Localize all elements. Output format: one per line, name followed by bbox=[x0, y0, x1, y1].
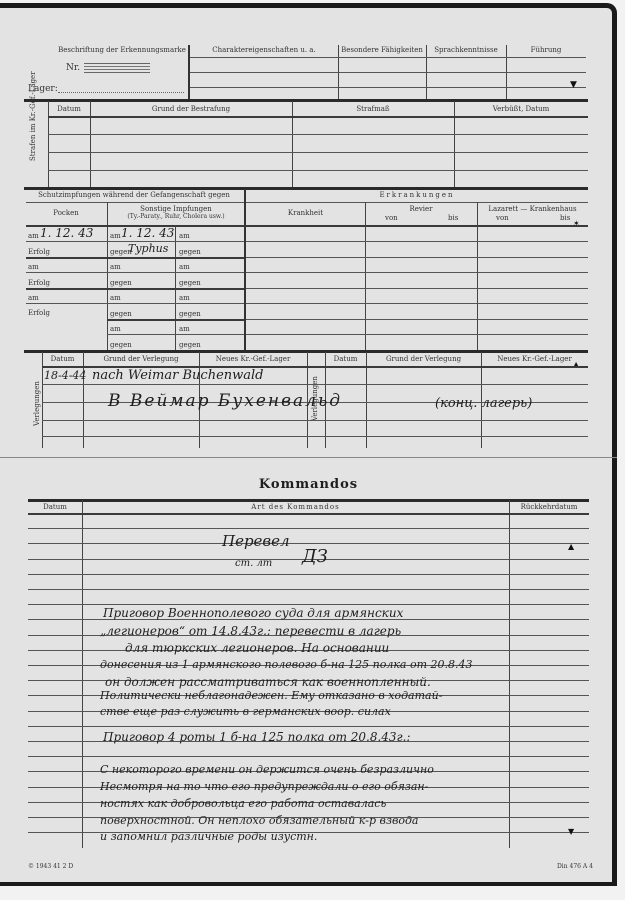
impf-row-4-c: am bbox=[179, 294, 190, 302]
divider bbox=[477, 202, 478, 351]
verl-entry-ru-note: (конц. лагерь) bbox=[435, 396, 532, 411]
rule bbox=[190, 72, 586, 73]
col-sprachen: Sprachkenntnisse bbox=[426, 46, 506, 54]
verlegungen-side-label: Verlegungen bbox=[33, 381, 41, 426]
verl-entry-date: 18-4-44 bbox=[44, 369, 86, 382]
rule bbox=[26, 272, 244, 273]
lazarett-von: von bbox=[496, 214, 509, 222]
impf-row-1-c: gegen bbox=[179, 248, 201, 256]
lager-field bbox=[58, 92, 184, 93]
impf-row-5-a: Erfolg bbox=[28, 309, 50, 317]
col-faehigkeiten: Besondere Fähigkeiten bbox=[338, 46, 426, 54]
rule bbox=[246, 303, 588, 304]
impf-row-1-a: Erfolg bbox=[28, 248, 50, 256]
hole-punch-mark: ▼ bbox=[568, 827, 574, 836]
col-fuehrung: Führung bbox=[506, 46, 586, 54]
kommandos-title: Kommandos bbox=[0, 477, 617, 492]
rule bbox=[48, 134, 588, 135]
rule bbox=[246, 334, 588, 335]
komm-line: С некоторого времени он держится очень б… bbox=[100, 763, 434, 776]
impf-row-2-c: am bbox=[179, 263, 190, 271]
col-sonstige-sub: (Ty.-Paraty., Ruhr, Cholera usw.) bbox=[108, 213, 244, 220]
komm-line: „легионеров“ от 14.8.43г.: перевести в л… bbox=[100, 624, 401, 638]
divider bbox=[292, 101, 293, 188]
komm-col-art: Art des Kommandos bbox=[82, 503, 509, 511]
komm-line: для тюркских легионеров. На основании bbox=[125, 641, 389, 655]
verl-col-lager: Neues Kr.-Gef.-Lager bbox=[199, 355, 307, 363]
page-fold bbox=[0, 457, 617, 458]
divider bbox=[90, 101, 91, 188]
rule bbox=[42, 384, 588, 385]
strafen-col-grund: Grund der Bestrafung bbox=[90, 105, 292, 113]
rule bbox=[107, 334, 244, 335]
pow-record-card: Beschriftung der Erkennungsmarke Nr. Lag… bbox=[0, 3, 617, 886]
rule bbox=[48, 170, 588, 171]
rule bbox=[26, 303, 244, 304]
komm-line: и запомнил различные роды изустн. bbox=[100, 830, 317, 843]
komm-line: Несмотря на то что его предупреждали о е… bbox=[100, 780, 428, 793]
tag-label: Beschriftung der Erkennungsmarke bbox=[52, 46, 192, 54]
impf-row-3-b: gegen bbox=[110, 279, 132, 287]
impf-row-2-a: am bbox=[28, 263, 39, 271]
divider bbox=[82, 500, 83, 848]
komm-line: донесения из 1 армянского полевого б-на … bbox=[100, 658, 473, 671]
impf-row-7-c: gegen bbox=[179, 341, 201, 349]
verl-entry-de: nach Weimar Buchenwald bbox=[92, 368, 264, 383]
rule bbox=[42, 420, 588, 421]
rule bbox=[28, 499, 589, 502]
impf-row-6-b: am bbox=[110, 325, 121, 333]
impf-row-7-b: gegen bbox=[110, 341, 132, 349]
impf-row-0-c: am bbox=[179, 232, 190, 240]
footer-left: © 1943 41 2 D bbox=[28, 863, 73, 870]
impf-row-2-b: am bbox=[110, 263, 121, 271]
revier-bis: bis bbox=[448, 214, 458, 222]
lazarett-bis: bis bbox=[560, 214, 570, 222]
komm-col-datum: Datum bbox=[28, 503, 82, 511]
komm-line: он должен рассматриваться как военноплен… bbox=[105, 675, 431, 689]
verl-col-grund: Grund der Verlegung bbox=[83, 355, 199, 363]
komm-line: Политически неблагонадежен. Ему отказано… bbox=[100, 689, 442, 702]
col-pocken: Pocken bbox=[26, 209, 106, 217]
rule bbox=[28, 543, 589, 544]
nr-field bbox=[84, 63, 150, 73]
divider bbox=[509, 500, 510, 848]
komm-line: поверхностной. Он неплохо обязательный к… bbox=[100, 814, 419, 827]
rule bbox=[28, 574, 589, 575]
impf-row-5-b: gegen bbox=[110, 310, 132, 318]
impf-row-0-b: am bbox=[110, 232, 121, 240]
strafen-col-verbuesst: Verbüßt, Datum bbox=[454, 105, 588, 113]
rule bbox=[26, 202, 244, 203]
col-krankheit: Krankheit bbox=[246, 209, 365, 217]
rule bbox=[28, 726, 589, 727]
verl-col-lager-2: Neues Kr.-Gef.-Lager bbox=[481, 355, 588, 363]
strafen-col-strafmass: Strafmaß bbox=[292, 105, 454, 113]
rule bbox=[190, 57, 586, 58]
impf-pocken-date: 1. 12. 43 bbox=[40, 226, 93, 240]
komm-col-rueckkehr: Rückkehrdatum bbox=[509, 503, 589, 511]
impf-row-5-c: gegen bbox=[179, 310, 201, 318]
rule bbox=[246, 257, 588, 258]
col-revier: Revier bbox=[365, 205, 477, 213]
impf-sonstige-date: 1. 12. 43 bbox=[121, 226, 174, 240]
verl-entry-ru: В Веймар Бухенвальд bbox=[108, 391, 342, 411]
rule bbox=[24, 350, 588, 353]
col-lazarett: Lazarett — Krankenhaus bbox=[477, 205, 588, 213]
impf-row-6-c: am bbox=[179, 325, 190, 333]
komm-line: Приговор 4 роты 1 б-на 125 полка от 20.8… bbox=[103, 730, 410, 744]
rule bbox=[24, 99, 588, 102]
rule bbox=[28, 589, 589, 590]
impf-row-3-a: Erfolg bbox=[28, 279, 50, 287]
rule bbox=[246, 272, 588, 273]
rule bbox=[28, 604, 589, 605]
rule bbox=[28, 528, 589, 529]
rule bbox=[28, 513, 589, 515]
rule bbox=[107, 319, 244, 321]
komm-line: стве еще раз служить в германских воор. … bbox=[100, 705, 391, 718]
impf-row-4-a: am bbox=[28, 294, 39, 302]
rule bbox=[246, 288, 588, 289]
verl-col-grund-2: Grund der Verlegung bbox=[366, 355, 481, 363]
rule bbox=[246, 319, 588, 320]
erkrankungen-title: Erkrankungen bbox=[246, 191, 588, 199]
komm-heading-sign: ст. лт bbox=[235, 558, 272, 569]
rule bbox=[26, 288, 244, 290]
rule bbox=[42, 436, 588, 437]
impf-row-3-c: gegen bbox=[179, 279, 201, 287]
komm-line: ностях как добровольца его работа остава… bbox=[100, 797, 386, 810]
impf-sonstige-against: Typhus bbox=[128, 242, 168, 255]
verl-col-datum: Datum bbox=[42, 355, 83, 363]
komm-heading-word: Перевел bbox=[222, 532, 290, 550]
komm-heading-initials: ДЗ bbox=[302, 546, 328, 567]
rule bbox=[246, 202, 588, 203]
divider bbox=[48, 101, 49, 188]
rule bbox=[190, 87, 586, 88]
divider bbox=[365, 202, 366, 351]
col-sonstige: Sonstige Impfungen bbox=[108, 205, 244, 213]
impf-row-4-b: am bbox=[110, 294, 121, 302]
verl-col-datum-2: Datum bbox=[325, 355, 366, 363]
impf-row-0-a: am bbox=[28, 232, 39, 240]
divider bbox=[454, 101, 455, 188]
nr-label: Nr. bbox=[66, 63, 80, 73]
strafen-col-datum: Datum bbox=[48, 105, 90, 113]
revier-von: von bbox=[385, 214, 398, 222]
rule bbox=[246, 241, 588, 242]
impfungen-title: Schutzimpfungen während der Gefangenscha… bbox=[26, 191, 242, 199]
col-charakter: Charaktereigenschaften u. a. bbox=[190, 46, 338, 54]
rule bbox=[24, 187, 588, 190]
footer-right: Din 476 A 4 bbox=[557, 863, 593, 870]
hole-punch-mark: ▼ bbox=[570, 80, 577, 90]
rule bbox=[26, 257, 244, 259]
hole-punch-mark: ▲ bbox=[568, 542, 574, 551]
strafen-side-label: Strafen im Kr.-Gef.-Lager bbox=[29, 71, 37, 161]
rule bbox=[26, 225, 588, 227]
rule bbox=[48, 116, 588, 118]
komm-line: Приговор Военнополевого суда для армянск… bbox=[103, 606, 403, 620]
rule bbox=[28, 756, 589, 757]
rule bbox=[48, 152, 588, 153]
hole-punch-mark: ✶ bbox=[573, 219, 580, 228]
